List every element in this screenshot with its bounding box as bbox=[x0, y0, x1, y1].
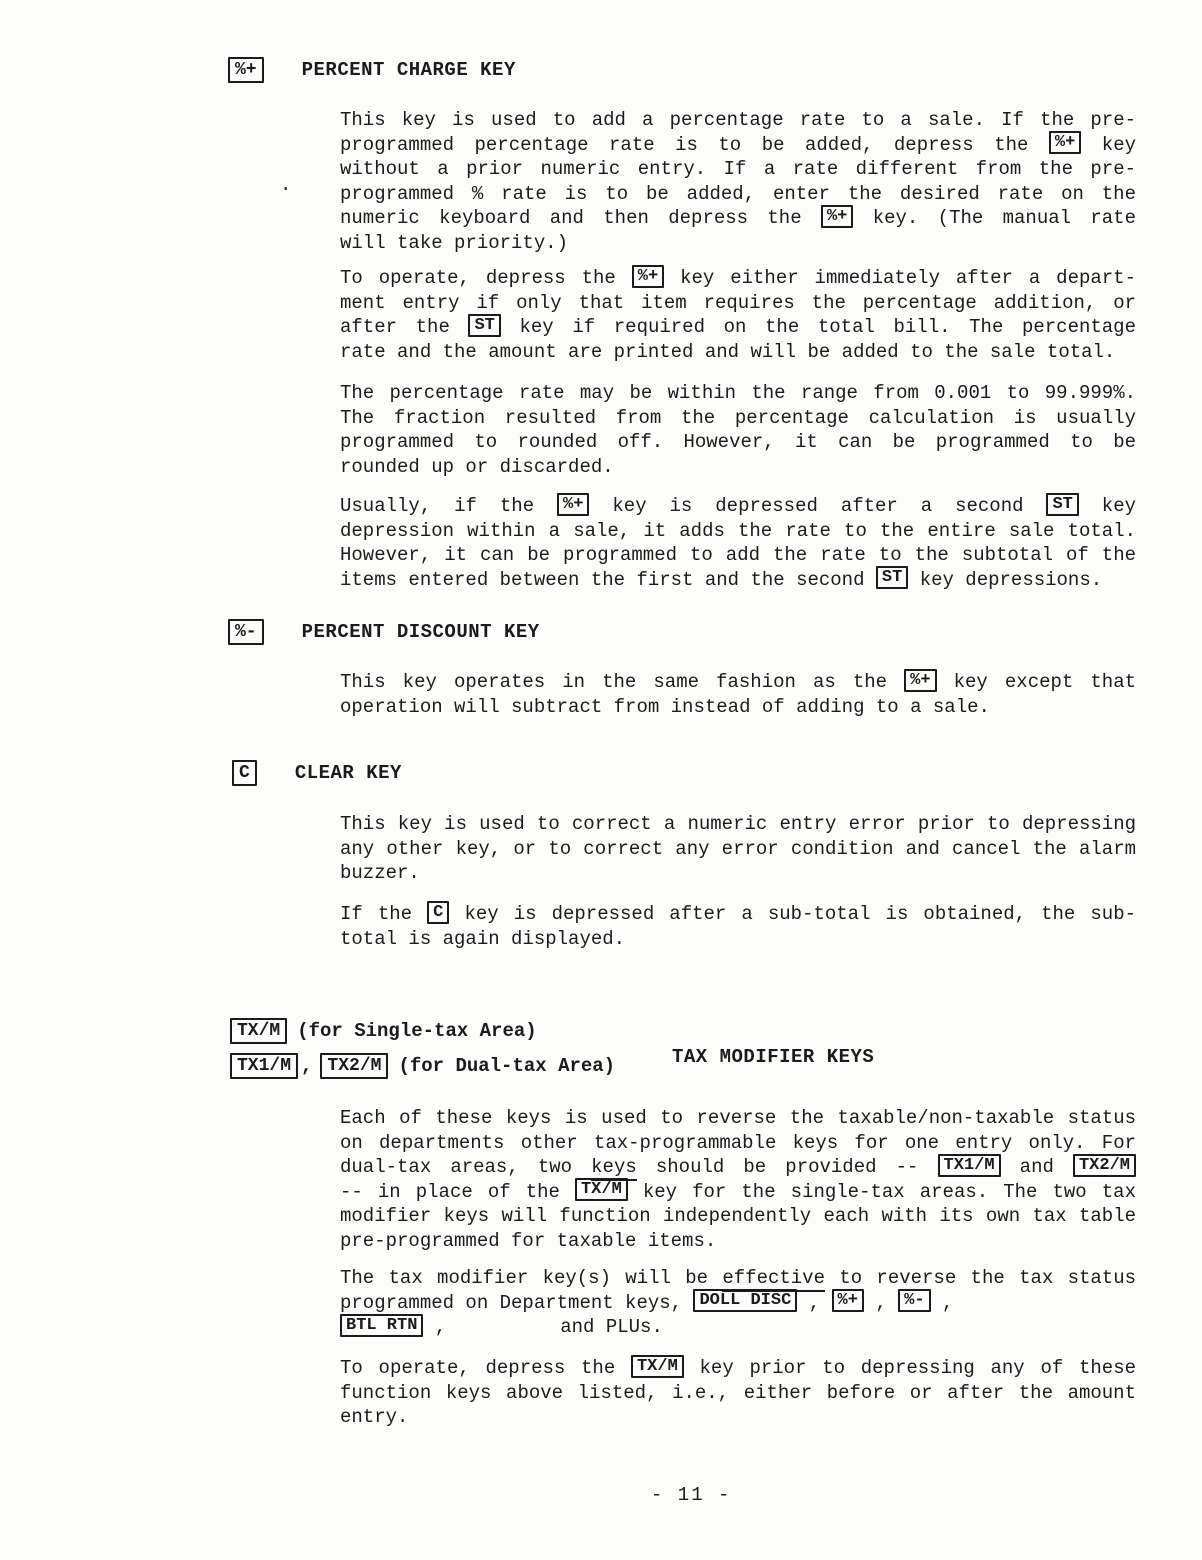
tax-modifier-key-lines: TX/M (for Single-tax Area) TX1/M , TX2/M… bbox=[230, 1018, 615, 1088]
text-line: entry. bbox=[340, 1405, 1136, 1430]
paragraph-percent-charge-range: The percentage rate may be within the ra… bbox=[340, 381, 1136, 479]
text-line: Each of these keys is used to reverse th… bbox=[340, 1106, 1136, 1131]
text-line: numeric keyboard and then depress the %+… bbox=[340, 206, 1136, 231]
tx2m-key-icon: TX2/M bbox=[320, 1053, 388, 1079]
underlined-text: keys bbox=[591, 1156, 637, 1181]
paragraph-percent-discount: This key operates in the same fashion as… bbox=[340, 670, 1136, 719]
text-line: after the ST key if required on the tota… bbox=[340, 315, 1136, 340]
key-cap-inline: %- bbox=[898, 1289, 930, 1312]
text-line: modifier keys will function independentl… bbox=[340, 1204, 1136, 1229]
paragraph-tax-modifier-usage: Each of these keys is used to reverse th… bbox=[340, 1106, 1136, 1253]
text-line: operation will subtract from instead of … bbox=[340, 695, 1136, 720]
tax-key-line-dual-label: (for Dual-tax Area) bbox=[398, 1055, 615, 1077]
paragraph-percent-charge-usage: This key is used to add a percentage rat… bbox=[340, 108, 1136, 255]
text-line: -- in place of the TX/M key for the sing… bbox=[340, 1180, 1136, 1205]
tax-key-line-dual: TX1/M , TX2/M (for Dual-tax Area) bbox=[230, 1053, 615, 1079]
key-separator-comma: , bbox=[301, 1055, 312, 1077]
text-line: pre-programmed for taxable items. bbox=[340, 1229, 1136, 1254]
paragraph-percent-charge-subtotal: Usually, if the %+ key is depressed afte… bbox=[340, 494, 1136, 592]
text-line: depression within a sale, it adds the ra… bbox=[340, 519, 1136, 544]
text-line: BTL RTN , and PLUs. bbox=[340, 1315, 1136, 1340]
key-cap-inline: %+ bbox=[557, 493, 589, 516]
text-line: rate and the amount are printed and will… bbox=[340, 340, 1136, 365]
text-line: This key is used to add a percentage rat… bbox=[340, 108, 1136, 133]
key-cap-inline: ST bbox=[468, 314, 500, 337]
key-cap-inline: %+ bbox=[632, 265, 664, 288]
key-cap-inline: DOLL DISC bbox=[693, 1289, 797, 1312]
key-cap-inline: C bbox=[427, 901, 449, 924]
section-title-percent-discount: PERCENT DISCOUNT KEY bbox=[302, 621, 540, 643]
text-line: rounded up or discarded. bbox=[340, 455, 1136, 480]
key-cap-inline: TX/M bbox=[631, 1355, 684, 1378]
text-line: This key is used to correct a numeric en… bbox=[340, 812, 1136, 837]
text-line: any other key, or to correct any error c… bbox=[340, 837, 1136, 862]
key-cap-inline: TX1/M bbox=[938, 1154, 1001, 1177]
document-page: %+ PERCENT CHARGE KEY . This key is used… bbox=[0, 0, 1202, 1560]
text-line: To operate, depress the %+ key either im… bbox=[340, 266, 1136, 291]
text-line: items entered between the first and the … bbox=[340, 568, 1136, 593]
section-heading-percent-discount: %- PERCENT DISCOUNT KEY bbox=[228, 619, 540, 645]
paragraph-clear-usage: This key is used to correct a numeric en… bbox=[340, 812, 1136, 886]
key-cap-inline: ST bbox=[876, 566, 908, 589]
text-line: without a prior numeric entry. If a rate… bbox=[340, 157, 1136, 182]
key-cap-inline: ST bbox=[1046, 493, 1078, 516]
paragraph-tax-modifier-operate: To operate, depress the TX/M key prior t… bbox=[340, 1356, 1136, 1430]
key-cap-inline: %+ bbox=[1049, 131, 1081, 154]
percent-minus-key-icon: %- bbox=[228, 619, 264, 645]
text-line: programmed on Department keys, DOLL DISC… bbox=[340, 1291, 1136, 1316]
section-heading-clear: C CLEAR KEY bbox=[232, 760, 402, 786]
text-line: programmed to rounded off. However, it c… bbox=[340, 430, 1136, 455]
key-cap-inline: TX2/M bbox=[1073, 1154, 1136, 1177]
text-line: If the C key is depressed after a sub-to… bbox=[340, 902, 1136, 927]
text-line: programmed % rate is to be added, enter … bbox=[340, 182, 1136, 207]
paragraph-clear-subtotal: If the C key is depressed after a sub-to… bbox=[340, 902, 1136, 951]
paragraph-tax-modifier-effective: The tax modifier key(s) will be effectiv… bbox=[340, 1266, 1136, 1340]
percent-plus-key-icon: %+ bbox=[228, 57, 264, 83]
clear-key-icon: C bbox=[232, 760, 257, 786]
paragraph-percent-charge-operate: To operate, depress the %+ key either im… bbox=[340, 266, 1136, 364]
key-cap-inline: BTL RTN bbox=[340, 1314, 423, 1337]
section-heading-percent-charge: %+ PERCENT CHARGE KEY bbox=[228, 57, 516, 83]
underlined-text: effective bbox=[722, 1267, 825, 1292]
section-title-clear: CLEAR KEY bbox=[295, 762, 402, 784]
text-line: ment entry if only that item requires th… bbox=[340, 291, 1136, 316]
text-line: However, it can be programmed to add the… bbox=[340, 543, 1136, 568]
text-line: total is again displayed. bbox=[340, 927, 1136, 952]
text-line: will take priority.) bbox=[340, 231, 1136, 256]
text-line: The tax modifier key(s) will be effectiv… bbox=[340, 1266, 1136, 1291]
key-cap-inline: %+ bbox=[821, 205, 853, 228]
text-line: To operate, depress the TX/M key prior t… bbox=[340, 1356, 1136, 1381]
section-title-tax-modifier: TAX MODIFIER KEYS bbox=[672, 1046, 874, 1068]
section-title-percent-charge: PERCENT CHARGE KEY bbox=[302, 59, 516, 81]
txm-key-icon: TX/M bbox=[230, 1018, 287, 1044]
tax-key-line-single: TX/M (for Single-tax Area) bbox=[230, 1018, 615, 1044]
text-line: dual-tax areas, two keys should be provi… bbox=[340, 1155, 1136, 1180]
text-line: programmed percentage rate is to be adde… bbox=[340, 133, 1136, 158]
text-line: The percentage rate may be within the ra… bbox=[340, 381, 1136, 406]
text-line: function keys above listed, i.e., either… bbox=[340, 1381, 1136, 1406]
text-line: This key operates in the same fashion as… bbox=[340, 670, 1136, 695]
text-line: Usually, if the %+ key is depressed afte… bbox=[340, 494, 1136, 519]
scan-artifact-dot: . bbox=[280, 174, 291, 196]
page-number: - 11 - bbox=[651, 1484, 731, 1506]
tx1m-key-icon: TX1/M bbox=[230, 1053, 298, 1079]
text-line: on departments other tax-programmable ke… bbox=[340, 1131, 1136, 1156]
key-cap-inline: %+ bbox=[904, 669, 936, 692]
key-cap-inline: %+ bbox=[832, 1289, 864, 1312]
key-cap-inline: TX/M bbox=[575, 1178, 628, 1201]
tax-key-line-single-label: (for Single-tax Area) bbox=[297, 1020, 536, 1042]
text-line: The fraction resulted from the percentag… bbox=[340, 406, 1136, 431]
text-line: buzzer. bbox=[340, 861, 1136, 886]
